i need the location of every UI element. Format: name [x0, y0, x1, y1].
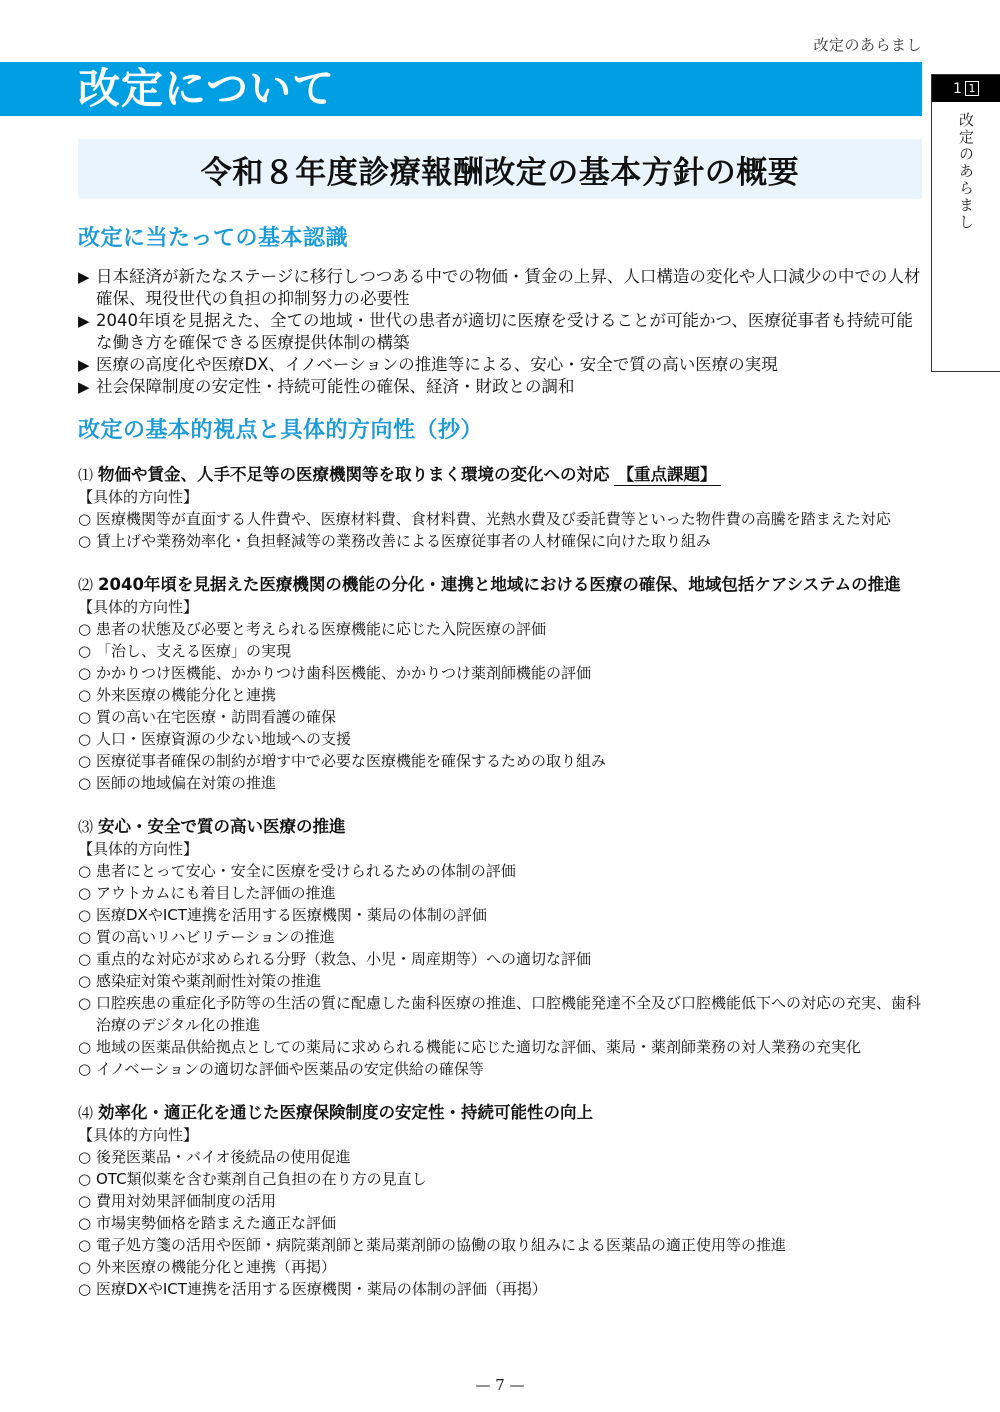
- list-item: ○患者の状態及び必要と考えられる医療機能に応じた入院医療の評価: [78, 618, 924, 640]
- list-item: ○重点的な対応が求められる分野（救急、小児・周産期等）への適切な評価: [78, 948, 924, 970]
- side-tab-chapter: 1 1: [932, 75, 1000, 102]
- circle-bullet-icon: ○: [78, 1190, 91, 1212]
- list-item: ○かかりつけ医機能、かかりつけ歯科医機能、かかりつけ薬剤師機能の評価: [78, 662, 924, 684]
- list-item: ○アウトカムにも着目した評価の推進: [78, 882, 924, 904]
- list-item: ○市場実勢価格を踏まえた適正な評価: [78, 1212, 924, 1234]
- list-item: ○質の高いリハビリテーションの推進: [78, 926, 924, 948]
- circle-bullet-icon: ○: [78, 1036, 91, 1058]
- list-item: ○医療DXやICT連携を活用する医療機関・薬局の体制の評価（再掲）: [78, 1278, 924, 1300]
- circle-bullet-icon: ○: [78, 1278, 91, 1300]
- triangle-bullet-icon: ▶: [78, 354, 90, 376]
- circle-bullet-icon: ○: [78, 882, 91, 904]
- circle-bullet-icon: ○: [78, 992, 91, 1014]
- topic-title: ⑵ 2040年頃を見据えた医療機関の機能の分化・連携と地域における医療の確保、地…: [78, 574, 924, 596]
- circle-bullet-icon: ○: [78, 1256, 91, 1278]
- document-subtitle: 令和８年度診療報酬改定の基本方針の概要: [201, 147, 800, 192]
- circle-bullet-icon: ○: [78, 750, 91, 772]
- list-item: ○外来医療の機能分化と連携（再掲）: [78, 1256, 924, 1278]
- list-item: ▶ 医療の高度化や医療DX、イノベーションの推進等による、安心・安全で質の高い医…: [78, 354, 924, 376]
- topic-number: ⑶: [78, 816, 93, 838]
- topic-number: ⑷: [78, 1102, 93, 1124]
- circle-bullet-icon: ○: [78, 948, 91, 970]
- circle-bullet-icon: ○: [78, 926, 91, 948]
- list-item: ○医療DXやICT連携を活用する医療機関・薬局の体制の評価: [78, 904, 924, 926]
- triangle-bullet-icon: ▶: [78, 376, 90, 398]
- circle-bullet-icon: ○: [78, 1234, 91, 1256]
- list-item: ○イノベーションの適切な評価や医薬品の安定供給の確保等: [78, 1058, 924, 1080]
- subhead: 【具体的方向性】: [78, 1124, 924, 1146]
- subtitle-box: 令和８年度診療報酬改定の基本方針の概要: [78, 139, 922, 199]
- circle-bullet-icon: ○: [78, 508, 91, 530]
- topic-1: ⑴ 物価や賃金、人手不足等の医療機関等を取りまく環境の変化への対応【重点課題】 …: [78, 464, 924, 552]
- list-item: ○外来医療の機能分化と連携: [78, 684, 924, 706]
- page-title: 改定について: [78, 64, 335, 114]
- title-bar: 改定について: [0, 62, 922, 116]
- list-item: ○医療従事者確保の制約が増す中で必要な医療機能を確保するための取り組み: [78, 750, 924, 772]
- circle-bullet-icon: ○: [78, 772, 91, 794]
- list-item: ○質の高い在宅医療・訪問看護の確保: [78, 706, 924, 728]
- list-item: ▶ 2040年頃を見据えた、全ての地域・世代の患者が適切に医療を受けることが可能…: [78, 310, 924, 354]
- list-item: ▶ 日本経済が新たなステージに移行しつつある中での物価・賃金の上昇、人口構造の変…: [78, 266, 924, 310]
- circle-bullet-icon: ○: [78, 1146, 91, 1168]
- section-number-boxed: 1: [965, 81, 979, 96]
- list-item: ○医師の地域偏在対策の推進: [78, 772, 924, 794]
- topic-title: ⑷ 効率化・適正化を通じた医療保険制度の安定性・持続可能性の向上: [78, 1102, 924, 1124]
- circle-bullet-icon: ○: [78, 904, 91, 926]
- subhead: 【具体的方向性】: [78, 486, 924, 508]
- circle-bullet-icon: ○: [78, 530, 91, 552]
- side-tab-label: 改定のあらまし: [956, 112, 976, 231]
- chapter-number: 1: [953, 81, 962, 97]
- triangle-bullet-icon: ▶: [78, 266, 90, 288]
- subhead: 【具体的方向性】: [78, 838, 924, 860]
- topic-4: ⑷ 効率化・適正化を通じた医療保険制度の安定性・持続可能性の向上 【具体的方向性…: [78, 1102, 924, 1300]
- subhead: 【具体的方向性】: [78, 596, 924, 618]
- list-item: ○賃上げや業務効率化・負担軽減等の業務改善による医療従事者の人材確保に向けた取り…: [78, 530, 924, 552]
- running-head: 改定のあらまし: [813, 34, 922, 55]
- side-index-tab: 1 1 改定のあらまし: [931, 74, 1000, 372]
- list-item: ○地域の医薬品供給拠点としての薬局に求められる機能に応じた適切な評価、薬局・薬剤…: [78, 1036, 924, 1058]
- circle-bullet-icon: ○: [78, 860, 91, 882]
- topic-number: ⑵: [78, 574, 93, 596]
- list-item: ○人口・医療資源の少ない地域への支援: [78, 728, 924, 750]
- circle-bullet-icon: ○: [78, 618, 91, 640]
- priority-tag: 【重点課題】: [614, 465, 721, 486]
- circle-bullet-icon: ○: [78, 728, 91, 750]
- page-number: — 7 —: [0, 1376, 1000, 1394]
- section-heading-viewpoints: 改定の基本的視点と具体的方向性（抄）: [78, 414, 924, 448]
- list-item: ○患者にとって安心・安全に医療を受けられるための体制の評価: [78, 860, 924, 882]
- list-item: ○電子処方箋の活用や医師・病院薬剤師と薬局薬剤師の協働の取り組みによる医薬品の適…: [78, 1234, 924, 1256]
- circle-bullet-icon: ○: [78, 662, 91, 684]
- topic-2: ⑵ 2040年頃を見据えた医療機関の機能の分化・連携と地域における医療の確保、地…: [78, 574, 924, 794]
- topic-title: ⑶ 安心・安全で質の高い医療の推進: [78, 816, 924, 838]
- circle-bullet-icon: ○: [78, 970, 91, 992]
- circle-bullet-icon: ○: [78, 706, 91, 728]
- list-item: ○「治し、支える医療」の実現: [78, 640, 924, 662]
- circle-bullet-icon: ○: [78, 640, 91, 662]
- circle-bullet-icon: ○: [78, 684, 91, 706]
- circle-bullet-icon: ○: [78, 1168, 91, 1190]
- topic-title: ⑴ 物価や賃金、人手不足等の医療機関等を取りまく環境の変化への対応【重点課題】: [78, 464, 924, 486]
- list-item: ○費用対効果評価制度の活用: [78, 1190, 924, 1212]
- list-item: ○口腔疾患の重症化予防等の生活の質に配慮した歯科医療の推進、口腔機能発達不全及び…: [78, 992, 924, 1036]
- circle-bullet-icon: ○: [78, 1212, 91, 1234]
- list-item: ○医療機関等が直面する人件費や、医療材料費、食材料費、光熱水費及び委託費等といっ…: [78, 508, 924, 530]
- topic-number: ⑴: [78, 464, 93, 486]
- list-item: ○OTC類似薬を含む薬剤自己負担の在り方の見直し: [78, 1168, 924, 1190]
- list-item: ○感染症対策や薬剤耐性対策の推進: [78, 970, 924, 992]
- list-item: ○後発医薬品・バイオ後続品の使用促進: [78, 1146, 924, 1168]
- triangle-bullet-icon: ▶: [78, 310, 90, 332]
- list-item: ▶ 社会保障制度の安定性・持続可能性の確保、経済・財政との調和: [78, 376, 924, 398]
- basic-recognition-list: ▶ 日本経済が新たなステージに移行しつつある中での物価・賃金の上昇、人口構造の変…: [78, 266, 924, 398]
- section-heading-basic-recognition: 改定に当たっての基本認識: [78, 222, 924, 256]
- main-content: 改定に当たっての基本認識 ▶ 日本経済が新たなステージに移行しつつある中での物価…: [78, 222, 924, 1300]
- circle-bullet-icon: ○: [78, 1058, 91, 1080]
- topic-3: ⑶ 安心・安全で質の高い医療の推進 【具体的方向性】 ○患者にとって安心・安全に…: [78, 816, 924, 1080]
